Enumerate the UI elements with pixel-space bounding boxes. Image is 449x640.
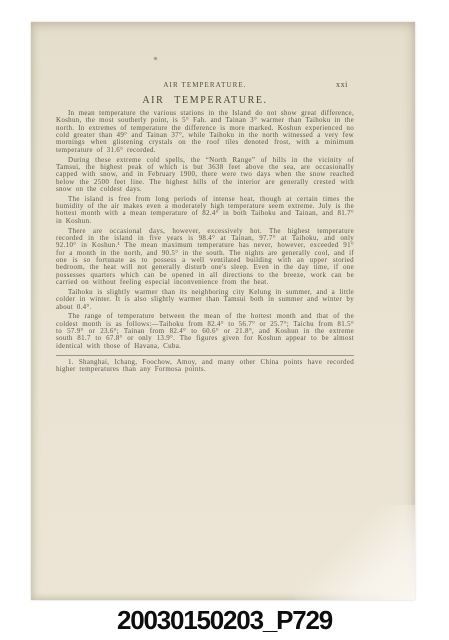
- paragraph-4: There are occasional days, however, exce…: [56, 228, 354, 287]
- paragraph-2: During these extreme cold spells, the “N…: [56, 157, 354, 194]
- archive-id-caption: 20030150203_P729: [0, 605, 449, 636]
- page-curl-highlight: [295, 505, 415, 600]
- body-text-block: In mean temperature the various stations…: [56, 110, 354, 376]
- paragraph-6: The range of temperature between the mea…: [56, 313, 354, 350]
- ink-speck: [154, 57, 157, 60]
- footnote-divider: [56, 355, 354, 356]
- scanned-page: AIR TEMPERATURE. xxi AIR TEMPERATURE. In…: [31, 22, 415, 600]
- page-number: xxi: [336, 80, 348, 89]
- paragraph-1: In mean temperature the various stations…: [56, 110, 354, 154]
- photo-background: AIR TEMPERATURE. xxi AIR TEMPERATURE. In…: [0, 0, 449, 640]
- paragraph-3: The island is free from long periods of …: [56, 196, 354, 225]
- paragraph-5: Taihoku is slightly warmer than its neig…: [56, 289, 354, 311]
- page-title: AIR TEMPERATURE.: [56, 95, 354, 106]
- footnote: 1. Shanghai, Ichang, Foochow, Amoy, and …: [56, 359, 354, 374]
- running-header-row: AIR TEMPERATURE. xxi: [56, 81, 354, 91]
- running-header-title: AIR TEMPERATURE.: [163, 81, 246, 89]
